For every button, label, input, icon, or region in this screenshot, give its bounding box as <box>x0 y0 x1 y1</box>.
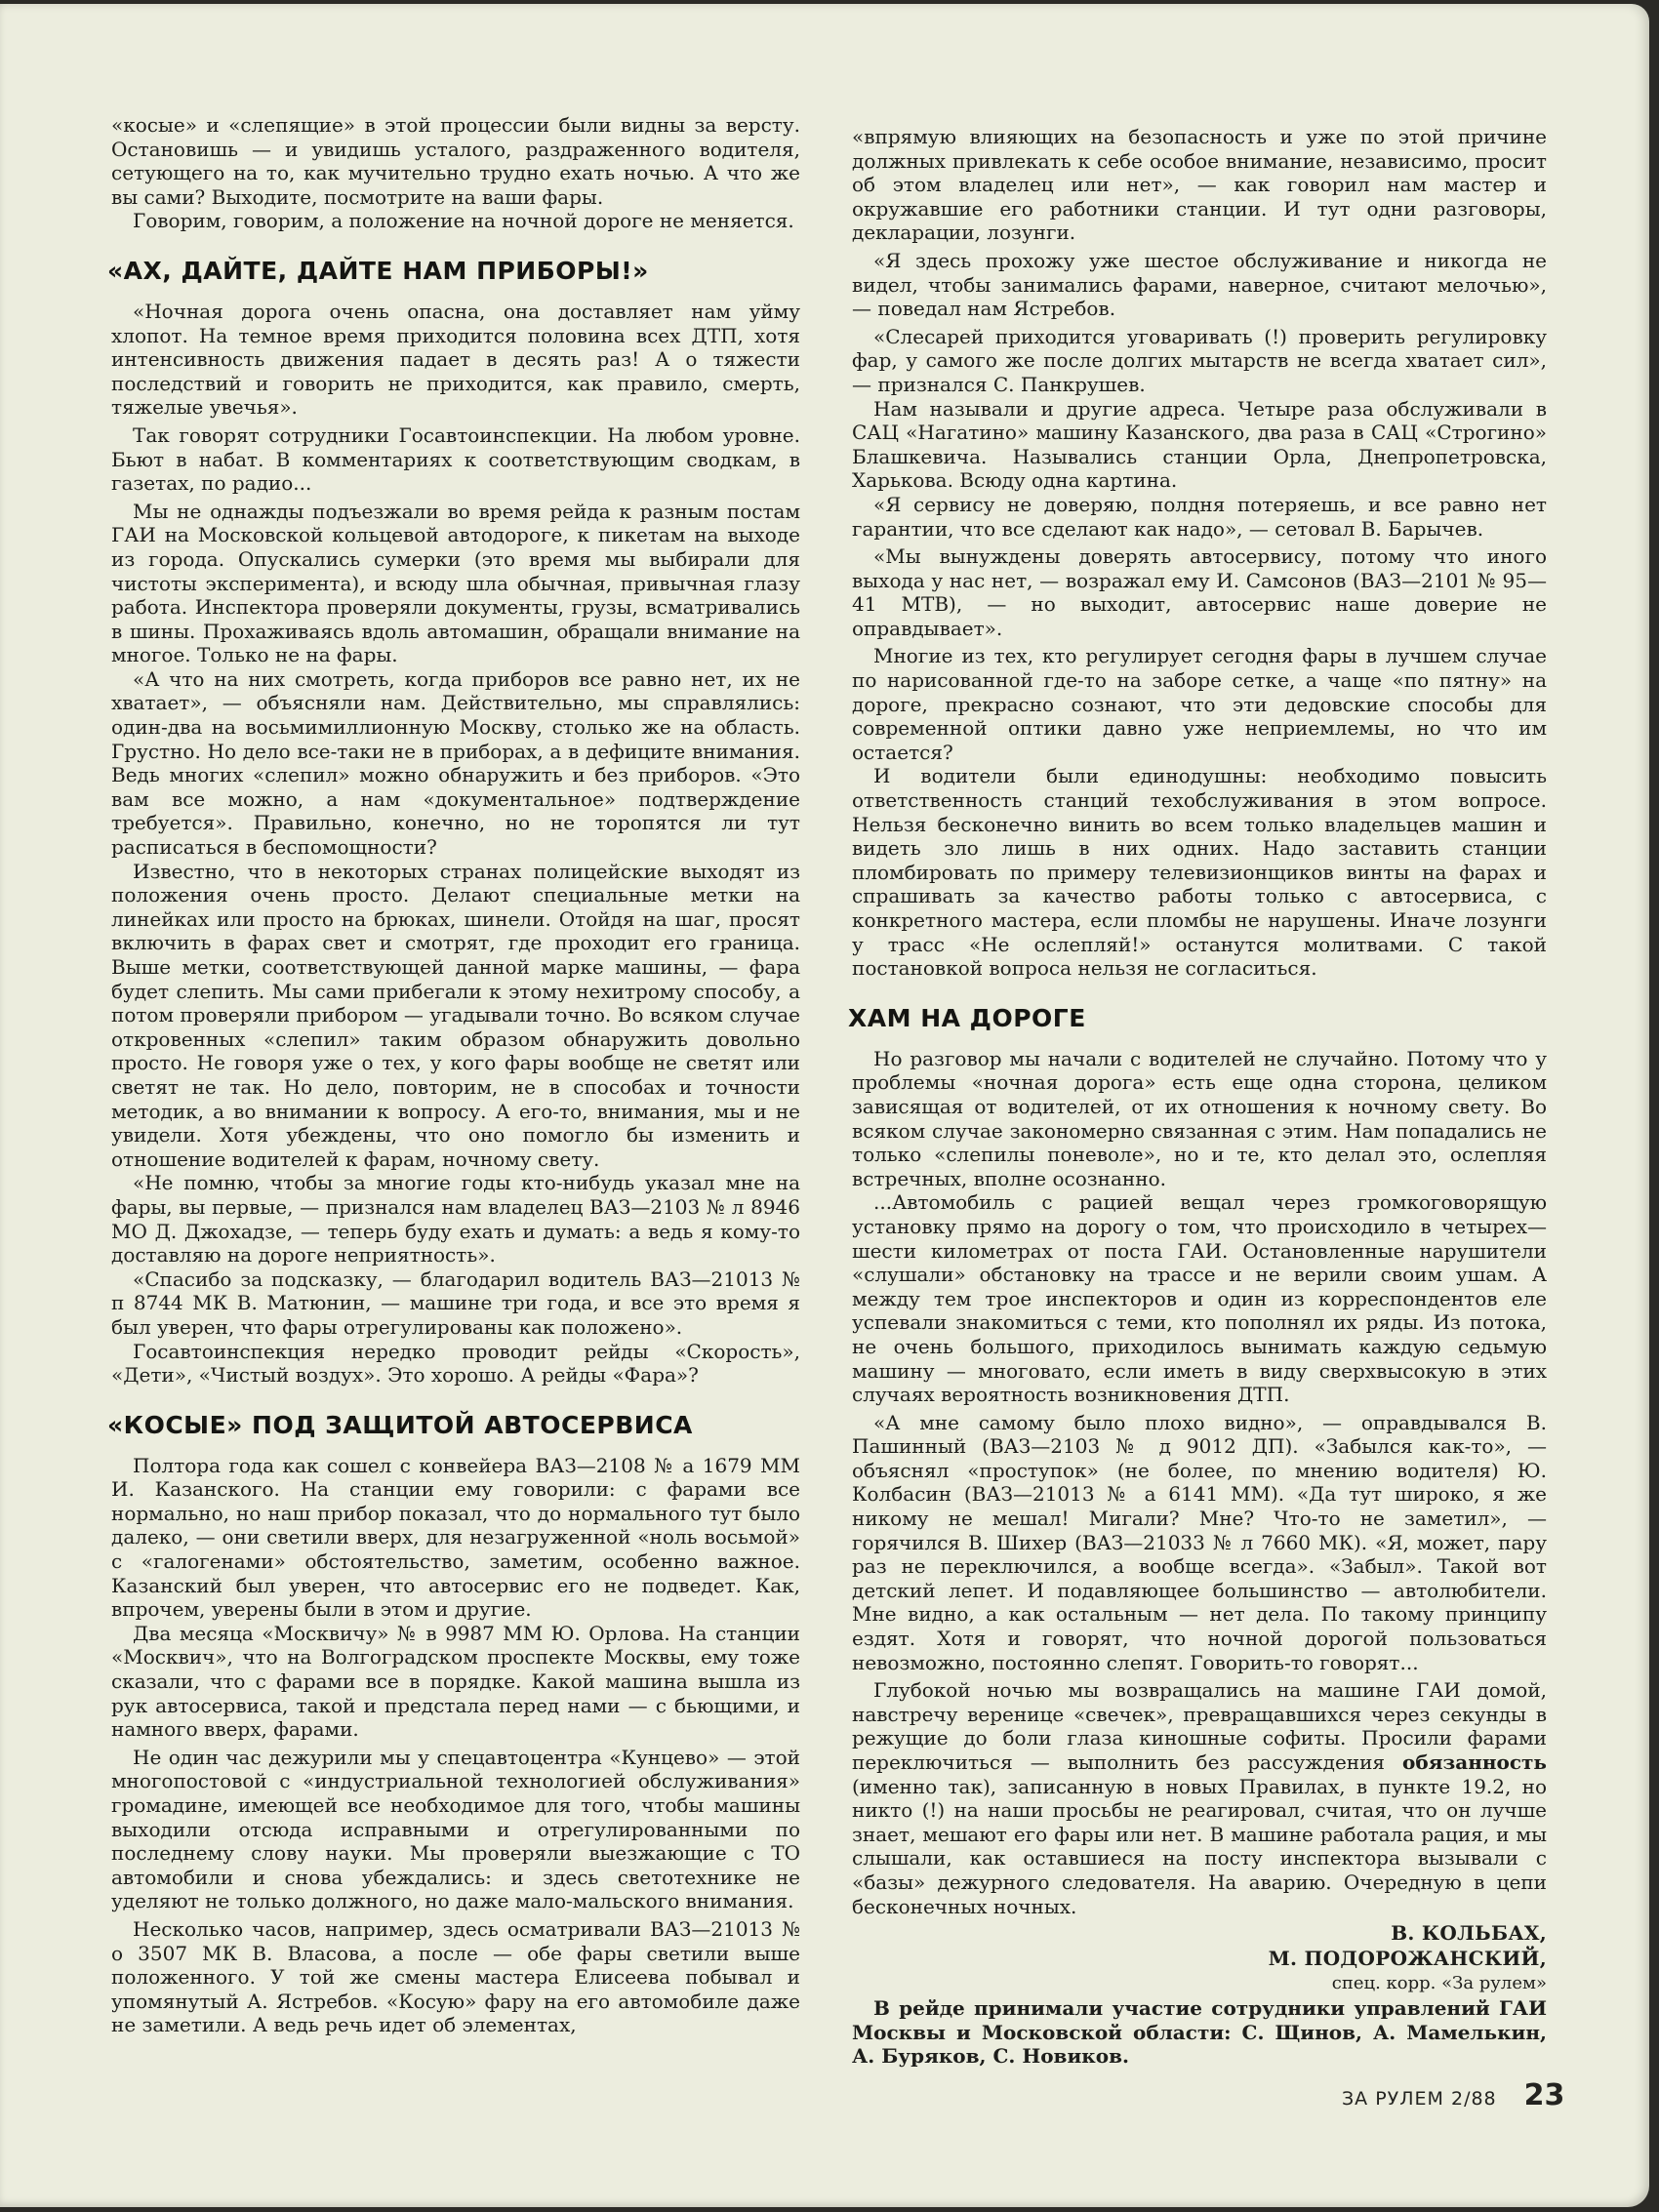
paragraph: Говорим, говорим, а положение на ночной … <box>111 209 800 233</box>
paragraph: Несколько часов, например, здесь осматри… <box>111 1917 800 2037</box>
magazine-issue: ЗА РУЛЕМ 2/88 <box>1342 2088 1497 2110</box>
paragraph: «косые» и «слепящие» в этой процессии бы… <box>111 113 800 209</box>
paragraph: «А что на них смотреть, когда приборов в… <box>111 667 800 860</box>
paragraph: Госавтоинспекция нередко проводит рейды … <box>111 1340 800 1388</box>
paragraph: «Спасибо за подсказку, — благодарил води… <box>111 1267 800 1340</box>
paragraph: Полтора года как сошел с конвейера ВАЗ—2… <box>111 1454 800 1622</box>
paragraph: Многие из тех, кто регулирует сегодня фа… <box>852 644 1547 764</box>
paragraph: «Я здесь прохожу уже шестое обслуживание… <box>852 249 1547 321</box>
paragraph: Так говорят сотрудники Госавтоинспекции.… <box>111 423 800 496</box>
emphasized-word: обязанность <box>1402 1750 1547 1774</box>
section-heading-instruments: «АХ, ДАЙТЕ, ДАЙТЕ НАМ ПРИБОРЫ!» <box>107 257 800 286</box>
participants-note: В рейде принимали участие сотрудники упр… <box>852 1996 1547 2069</box>
section-heading-boor-on-road: ХАМ НА ДОРОГЕ <box>848 1004 1547 1033</box>
paragraph: «Я сервису не доверяю, полдня потеряешь,… <box>852 493 1547 541</box>
author-name: М. ПОДОРОЖАНСКИЙ, <box>852 1946 1547 1971</box>
paragraph: И водители были единодушны: необходимо п… <box>852 764 1547 980</box>
paragraph: Мы не однажды подъезжали во время рейда … <box>111 500 800 667</box>
text-run: (именно так), записанную в новых Правила… <box>852 1775 1547 1918</box>
paragraph: Не один час дежурили мы у спецавтоцентра… <box>111 1746 800 1913</box>
paragraph: ...Автомобиль с рацией вещал через громк… <box>852 1190 1547 1406</box>
paragraph: «А мне самому было плохо видно», — оправ… <box>852 1411 1547 1675</box>
author-signature: В. КОЛЬБАХ, М. ПОДОРОЖАНСКИЙ, спец. корр… <box>852 1920 1547 1996</box>
paragraph: Два месяца «Москвичу» № в 9987 ММ Ю. Орл… <box>111 1622 800 1742</box>
paragraph: Известно, что в некоторых странах полице… <box>111 860 800 1172</box>
author-name: В. КОЛЬБАХ, <box>852 1920 1547 1946</box>
left-column: «косые» и «слепящие» в этой процессии бы… <box>111 113 800 2037</box>
paragraph: Нам называли и другие адреса. Четыре раз… <box>852 397 1547 493</box>
author-role: спец. корр. «За рулем» <box>852 1971 1547 1996</box>
paragraph: «впрямую влияющих на безопасность и уже … <box>852 125 1547 245</box>
paragraph: «Не помню, чтобы за многие годы кто-нибу… <box>111 1171 800 1267</box>
paragraph: Но разговор мы начали с водителей не слу… <box>852 1047 1547 1191</box>
paragraph: Глубокой ночью мы возвращались на машине… <box>852 1678 1547 1918</box>
magazine-page: «косые» и «слепящие» в этой процессии бы… <box>0 4 1649 2207</box>
paragraph: «Ночная дорога очень опасна, она доставл… <box>111 300 800 420</box>
page-footer: ЗА РУЛЕМ 2/88 23 <box>1342 2078 1564 2112</box>
paragraph: «Слесарей приходится уговаривать (!) про… <box>852 325 1547 397</box>
section-heading-autoservice: «КОСЫЕ» ПОД ЗАЩИТОЙ АВТОСЕРВИСА <box>107 1411 800 1440</box>
paragraph: «Мы вынуждены доверять автосервису, пото… <box>852 544 1547 640</box>
right-column: «впрямую влияющих на безопасность и уже … <box>852 125 1547 2069</box>
page-number: 23 <box>1524 2078 1565 2112</box>
